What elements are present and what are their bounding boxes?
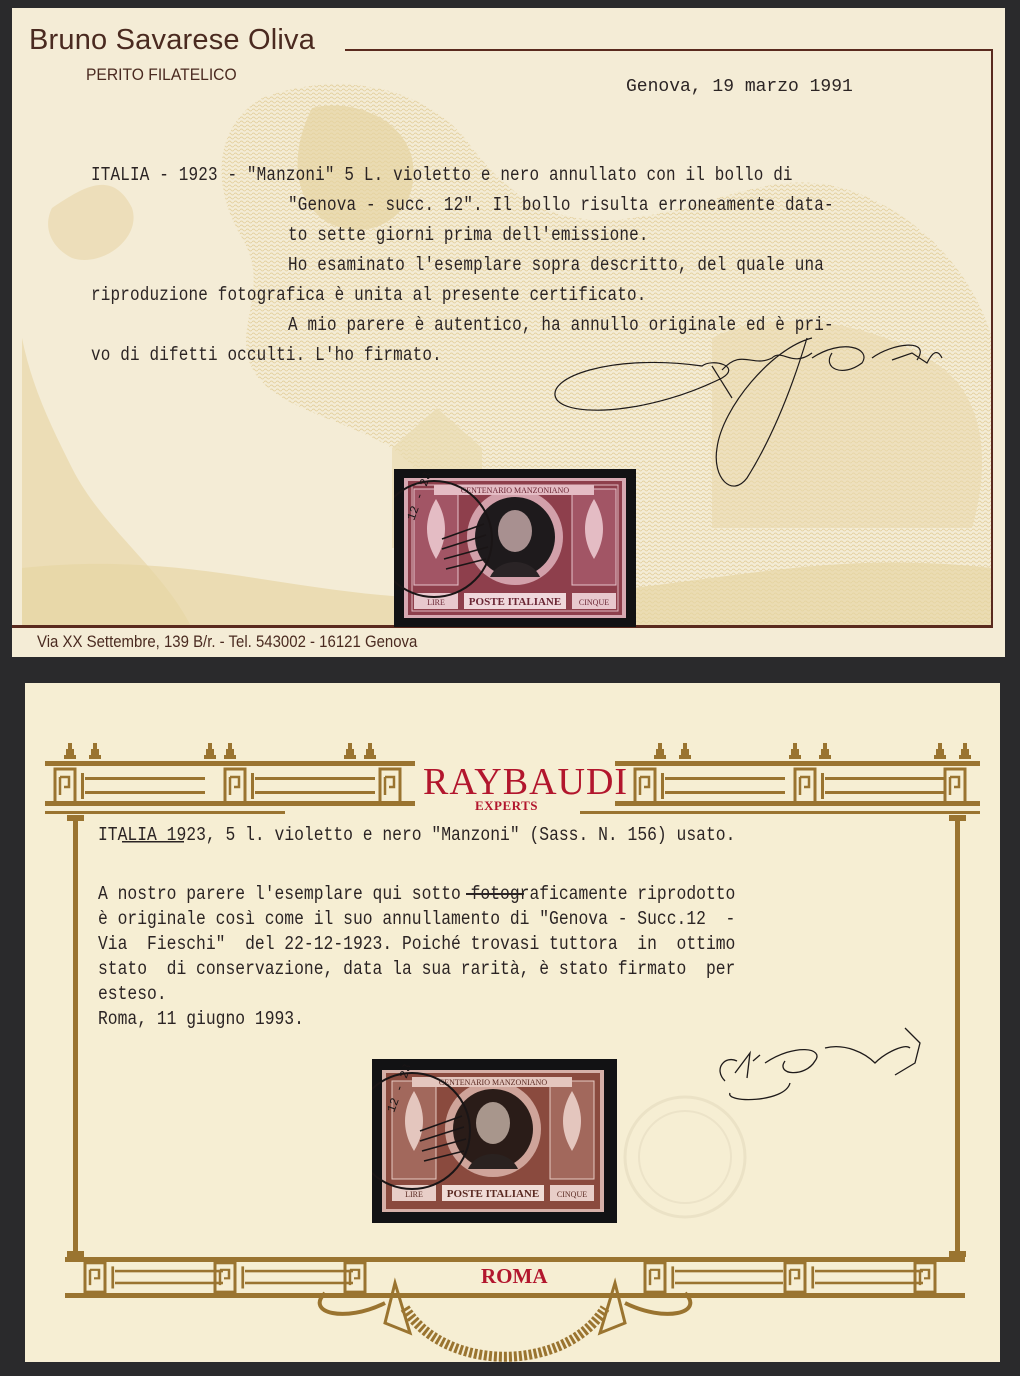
stamp-manzoni-5-lire: CENTENARIO MANZONIANO POSTE ITALIANE LIR… (372, 1059, 617, 1223)
frame-line-top (345, 49, 993, 51)
svg-text:LIRE: LIRE (405, 1190, 423, 1199)
body-line: Via Fieschi" del 22-12-1923. Poiché trov… (98, 933, 735, 955)
svg-text:POSTE ITALIANE: POSTE ITALIANE (469, 596, 561, 608)
body-line: vo di difetti occulti. L'ho firmato. (91, 344, 442, 366)
body-line: stato di conservazione, data la sua rari… (98, 958, 735, 980)
expert-title: PERITO FILATELICO (86, 65, 237, 85)
place-date: Roma, 11 giugno 1993. (98, 1008, 304, 1030)
stamp-photo-mount: CENTENARIO MANZONIANO POSTE ITALIANE LIR… (372, 1059, 617, 1223)
stamp-photo-mount: CENTENARIO MANZONIANO POSTE ITALIANE LIR… (394, 469, 636, 627)
footer-address: Via XX Settembre, 139 B/r. - Tel. 543002… (37, 632, 417, 652)
body-line: ITALIA - 1923 - "Manzoni" 5 L. violetto … (91, 164, 793, 186)
certificate-savarese-oliva: Bruno Savarese Oliva PERITO FILATELICO G… (12, 8, 1005, 657)
svg-text:CINQUE: CINQUE (579, 598, 609, 607)
body-line: to sette giorni prima dell'emissione. (288, 224, 649, 246)
svg-text:CENTENARIO MANZONIANO: CENTENARIO MANZONIANO (439, 1078, 547, 1087)
frame-line-right (991, 49, 993, 626)
heading-line: ITALIA 1923, 5 l. violetto e nero "Manzo… (98, 824, 735, 846)
expert-name: Bruno Savarese Oliva (29, 24, 315, 57)
svg-text:LIRE: LIRE (427, 598, 445, 607)
heading-description: 1923, 5 l. violetto e nero "Manzoni" (Sa… (157, 824, 736, 846)
body-line: Ho esaminato l'esemplare sopra descritto… (288, 254, 824, 276)
body-line: A mio parere è autentico, ha annullo ori… (288, 314, 834, 336)
stamp-manzoni-5-lire: CENTENARIO MANZONIANO POSTE ITALIANE LIR… (394, 469, 636, 627)
embossed-seal (625, 1097, 745, 1217)
location-label: ROMA (481, 1264, 548, 1289)
svg-text:CENTENARIO MANZONIANO: CENTENARIO MANZONIANO (461, 486, 569, 495)
svg-text:POSTE ITALIANE: POSTE ITALIANE (447, 1188, 539, 1200)
svg-text:CINQUE: CINQUE (557, 1190, 587, 1199)
body-line: riproduzione fotografica è unita al pres… (91, 284, 647, 306)
brand-subtitle: EXPERTS (475, 798, 538, 814)
body-line: A nostro parere l'esemplare qui sotto fo… (98, 883, 735, 905)
body-line: esteso. (98, 983, 167, 1005)
body-line: "Genova - succ. 12". Il bollo risulta er… (288, 194, 834, 216)
body-line: è originale così come il suo annullament… (98, 908, 735, 930)
signature-raybaudi (720, 1028, 920, 1100)
certificate-raybaudi: RAYBAUDI EXPERTS ITALIA 1923, 5 l. viole… (25, 683, 1000, 1362)
place-date: Genova, 19 marzo 1991 (626, 77, 853, 97)
heading-country: ITALIA (98, 824, 157, 846)
